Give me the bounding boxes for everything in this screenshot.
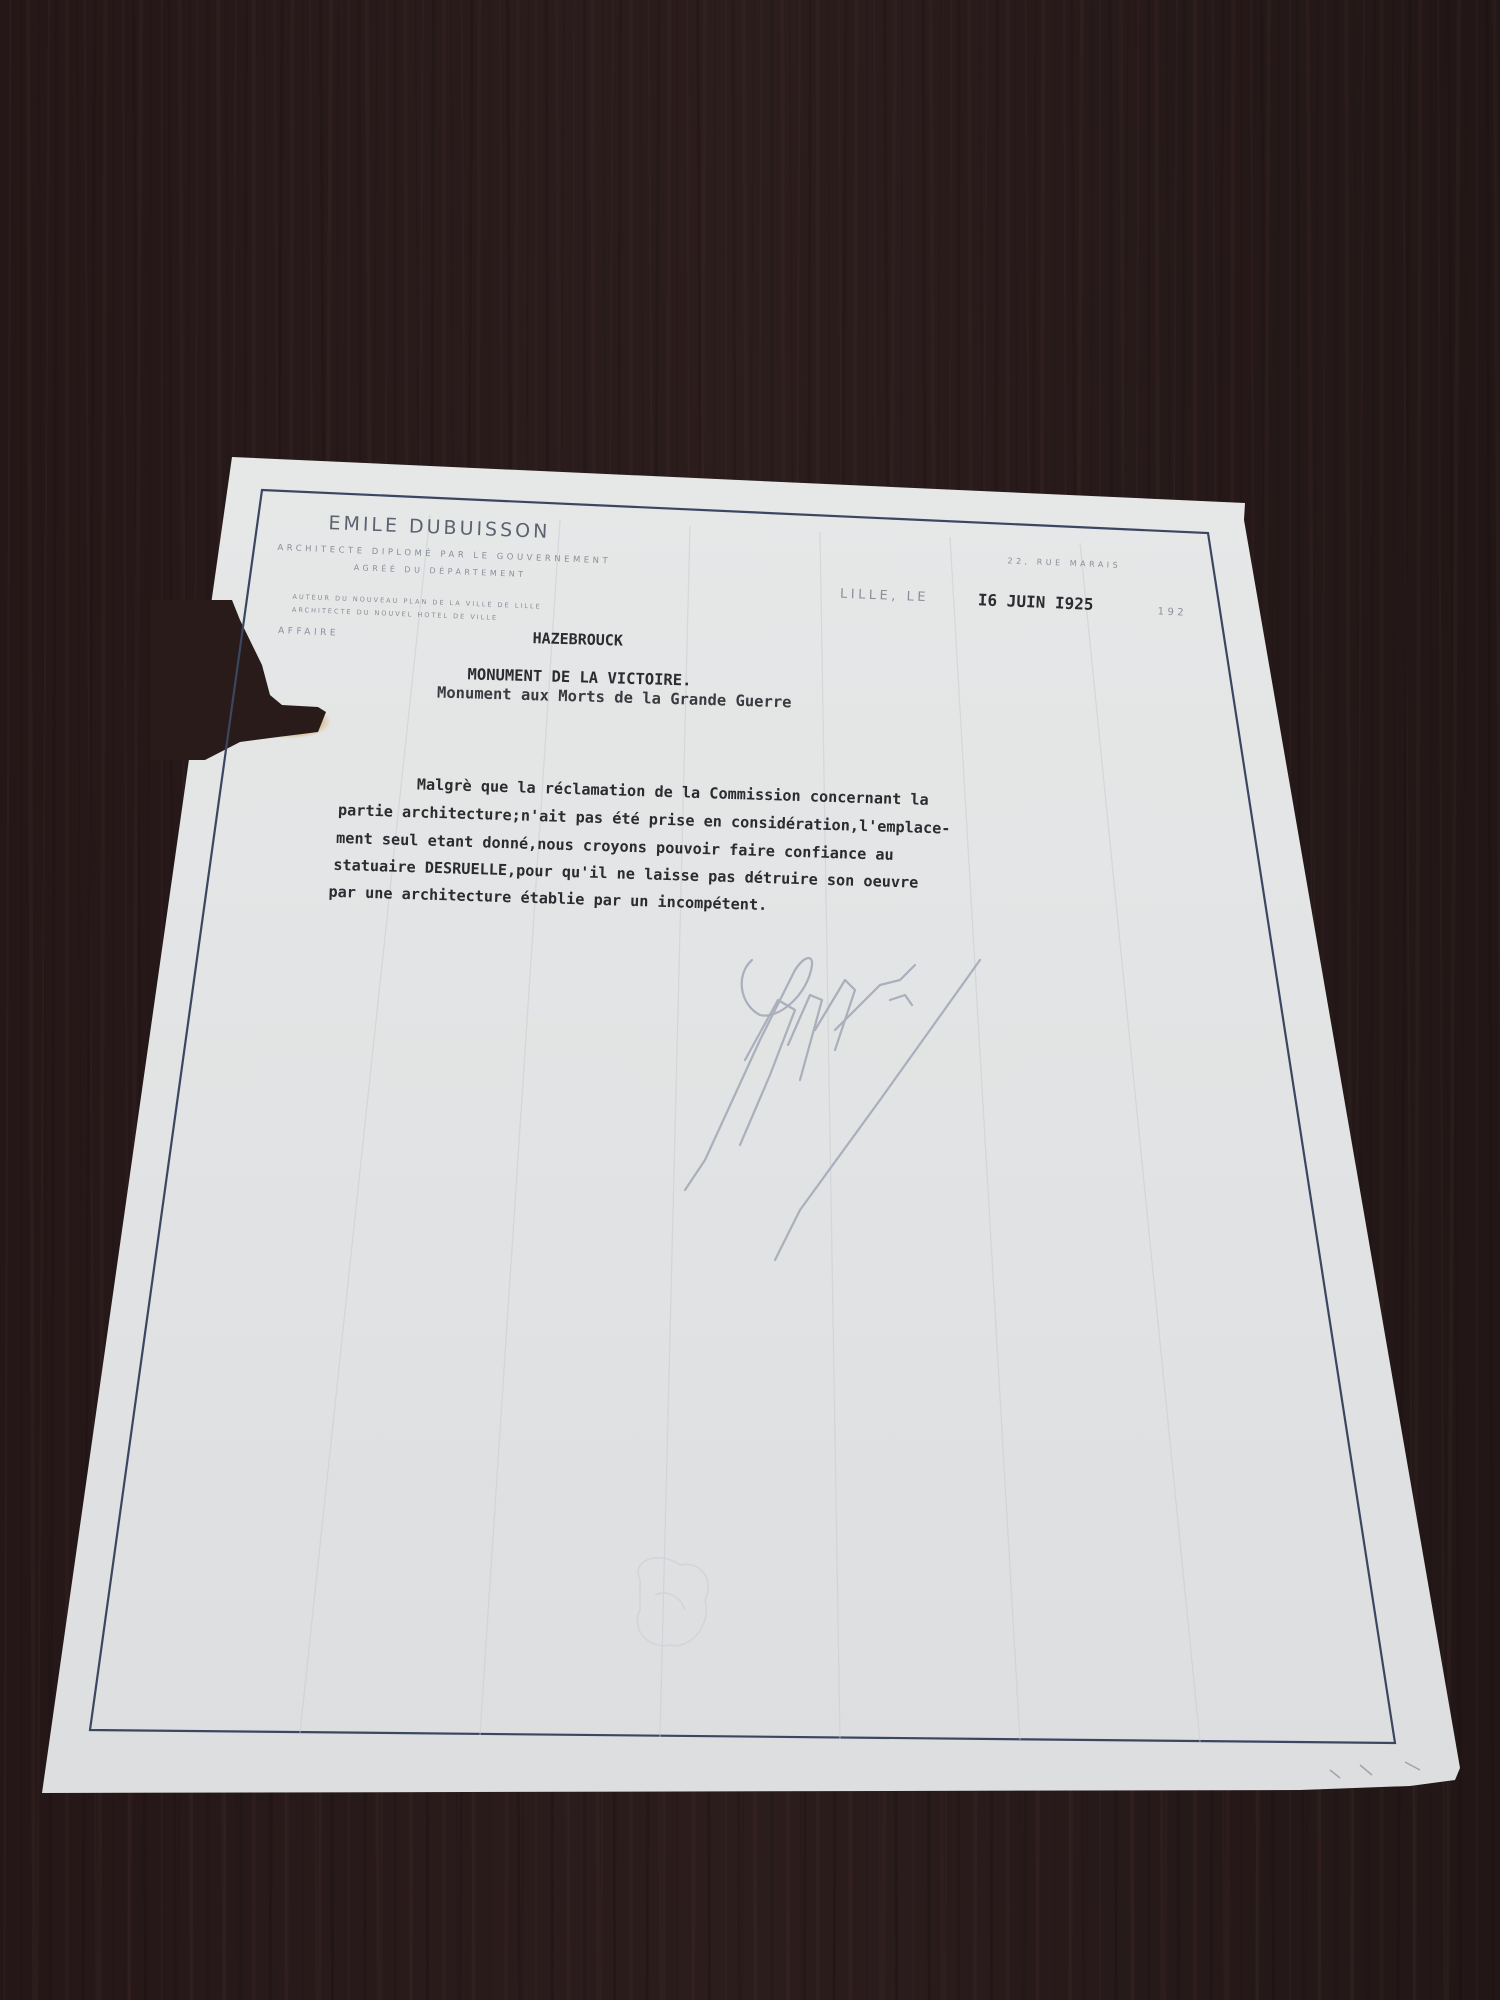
subject-town: HAZEBROUCK xyxy=(532,629,623,650)
year-prefix: 192 xyxy=(1157,606,1187,618)
photo-scene: EMILE DUBUISSON ARCHITECTE DIPLOMÉ PAR L… xyxy=(0,0,1500,2000)
